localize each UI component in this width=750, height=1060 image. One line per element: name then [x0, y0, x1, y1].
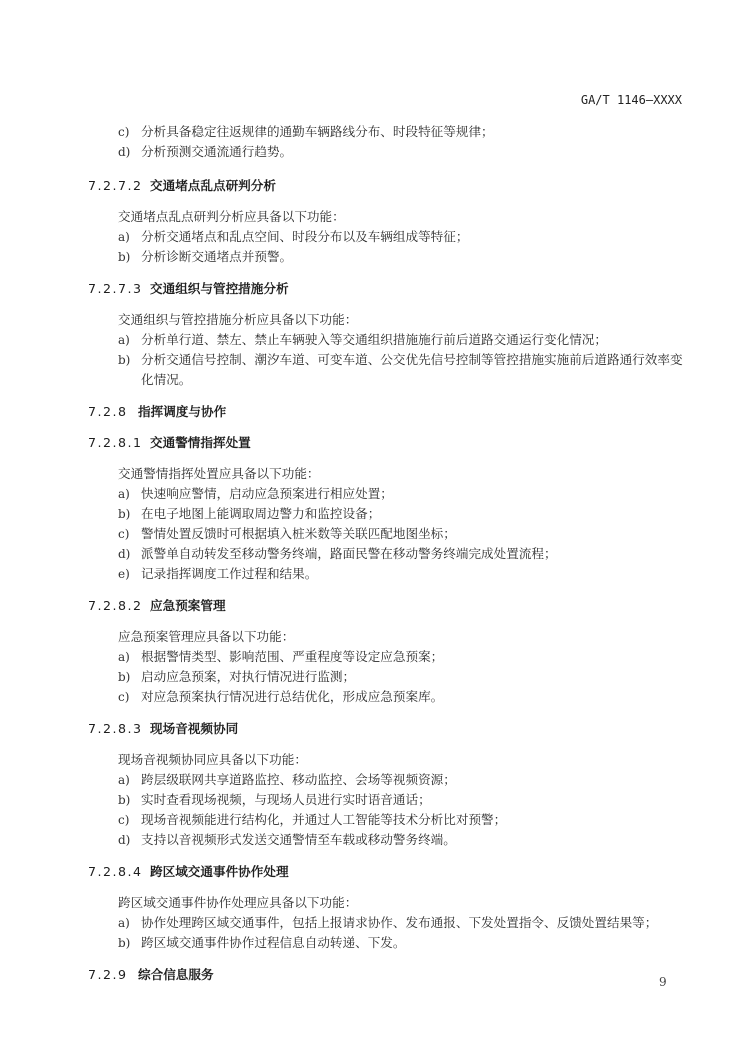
list-text: 实时查看现场视频，与现场人员进行实时语音通话； [141, 790, 688, 810]
section-heading: 7.2.7.3交通组织与管控措施分析 [88, 279, 688, 299]
section-intro: 交通组织与管控措施分析应具备以下功能： [88, 310, 688, 330]
list-text: 启动应急预案，对执行情况进行监测； [141, 667, 688, 687]
document-body: c) 分析具备稳定往返规律的通勤车辆路线分布、时段特征等规律； d) 分析预测交… [88, 122, 688, 996]
section-intro: 现场音视频协同应具备以下功能： [88, 750, 688, 770]
list-text: 对应急预案执行情况进行总结优化，形成应急预案库。 [141, 687, 688, 707]
continued-list: c) 分析具备稳定往返规律的通勤车辆路线分布、时段特征等规律； d) 分析预测交… [88, 122, 688, 162]
section-intro: 应急预案管理应具备以下功能： [88, 627, 688, 647]
list-marker: c) [118, 122, 129, 142]
list-marker: a) [118, 770, 130, 790]
list-marker: b) [118, 933, 130, 953]
page-number: 9 [659, 975, 667, 989]
list-item: d) 支持以音视频形式发送交通警情至车载或移动警务终端。 [88, 830, 688, 850]
section-number: 7.2.8 [88, 402, 138, 422]
section-7-2-9: 7.2.9综合信息服务 [88, 965, 688, 985]
list-item: c) 分析具备稳定往返规律的通勤车辆路线分布、时段特征等规律； [88, 122, 688, 142]
list-marker: a) [118, 227, 130, 247]
list-text: 分析交通堵点和乱点空间、时段分布以及车辆组成等特征； [141, 227, 688, 247]
list-text: 分析具备稳定往返规律的通勤车辆路线分布、时段特征等规律； [141, 122, 688, 142]
list-item: d) 分析预测交通流通行趋势。 [88, 142, 688, 162]
list-text: 记录指挥调度工作过程和结果。 [141, 564, 688, 584]
section-number: 7.2.8.3 [88, 719, 150, 739]
list-text: 分析预测交通流通行趋势。 [141, 142, 688, 162]
list-text: 分析诊断交通堵点并预警。 [141, 247, 688, 267]
section-7-2-8: 7.2.8指挥调度与协作 [88, 402, 688, 422]
list-item: b) 在电子地图上能调取周边警力和监控设备； [88, 504, 688, 524]
list-text: 支持以音视频形式发送交通警情至车载或移动警务终端。 [141, 830, 688, 850]
list-marker: b) [118, 667, 130, 687]
list-marker: c) [118, 524, 129, 544]
section-heading: 7.2.8.2应急预案管理 [88, 596, 688, 616]
list-marker: d) [118, 142, 130, 162]
list-text: 分析交通信号控制、潮汐车道、可变车道、公交优先信号控制等管控措施实施前后道路通行… [141, 350, 688, 390]
section-title: 交通组织与管控措施分析 [150, 281, 289, 296]
list-text: 警情处置反馈时可根据填入桩米数等关联匹配地图坐标； [141, 524, 688, 544]
section-7-2-8-3: 7.2.8.3现场音视频协同 现场音视频协同应具备以下功能： a) 跨层级联网共… [88, 719, 688, 850]
section-7-2-8-1: 7.2.8.1交通警情指挥处置 交通警情指挥处置应具备以下功能： a) 快速响应… [88, 433, 688, 584]
list-item: a) 分析交通堵点和乱点空间、时段分布以及车辆组成等特征； [88, 227, 688, 247]
list-item: b) 实时查看现场视频，与现场人员进行实时语音通话； [88, 790, 688, 810]
list-text: 在电子地图上能调取周边警力和监控设备； [141, 504, 688, 524]
section-title: 现场音视频协同 [150, 721, 238, 736]
section-title: 应急预案管理 [150, 598, 226, 613]
list-marker: b) [118, 504, 130, 524]
section-title: 交通警情指挥处置 [150, 435, 251, 450]
section-heading: 7.2.7.2交通堵点乱点研判分析 [88, 176, 688, 196]
list-item: a) 协作处理跨区域交通事件，包括上报请求协作、发布通报、下发处置指令、反馈处置… [88, 913, 688, 933]
list-marker: a) [118, 913, 130, 933]
document-page: GA/T 1146—XXXX c) 分析具备稳定往返规律的通勤车辆路线分布、时段… [0, 0, 750, 1060]
section-intro: 交通堵点乱点研判分析应具备以下功能： [88, 207, 688, 227]
section-heading: 7.2.8指挥调度与协作 [88, 402, 688, 422]
section-7-2-7-2: 7.2.7.2交通堵点乱点研判分析 交通堵点乱点研判分析应具备以下功能： a) … [88, 176, 688, 267]
list-marker: d) [118, 544, 130, 564]
list-marker: b) [118, 790, 130, 810]
document-code: GA/T 1146—XXXX [581, 93, 682, 107]
section-number: 7.2.8.1 [88, 433, 150, 453]
section-7-2-7-3: 7.2.7.3交通组织与管控措施分析 交通组织与管控措施分析应具备以下功能： a… [88, 279, 688, 390]
list-item: a) 跨层级联网共享道路监控、移动监控、会场等视频资源； [88, 770, 688, 790]
section-title: 综合信息服务 [138, 967, 214, 982]
list-text: 快速响应警情，启动应急预案进行相应处置； [141, 484, 688, 504]
list-item: e) 记录指挥调度工作过程和结果。 [88, 564, 688, 584]
section-number: 7.2.7.3 [88, 279, 150, 299]
list-item: d) 派警单自动转发至移动警务终端，路面民警在移动警务终端完成处置流程； [88, 544, 688, 564]
section-intro: 跨区域交通事件协作处理应具备以下功能： [88, 893, 688, 913]
list-item: a) 分析单行道、禁左、禁止车辆驶入等交通组织措施施行前后道路交通运行变化情况； [88, 330, 688, 350]
list-marker: c) [118, 810, 129, 830]
list-item: b) 分析诊断交通堵点并预警。 [88, 247, 688, 267]
list-item: c) 现场音视频能进行结构化，并通过人工智能等技术分析比对预警； [88, 810, 688, 830]
section-intro: 交通警情指挥处置应具备以下功能： [88, 464, 688, 484]
list-text: 协作处理跨区域交通事件，包括上报请求协作、发布通报、下发处置指令、反馈处置结果等… [141, 913, 688, 933]
list-text: 现场音视频能进行结构化，并通过人工智能等技术分析比对预警； [141, 810, 688, 830]
list-marker: d) [118, 830, 130, 850]
list-item: c) 对应急预案执行情况进行总结优化，形成应急预案库。 [88, 687, 688, 707]
list-item: a) 快速响应警情，启动应急预案进行相应处置； [88, 484, 688, 504]
section-number: 7.2.9 [88, 965, 138, 985]
list-text: 跨层级联网共享道路监控、移动监控、会场等视频资源； [141, 770, 688, 790]
list-text: 根据警情类型、影响范围、严重程度等设定应急预案； [141, 647, 688, 667]
list-marker: a) [118, 330, 130, 350]
list-text: 跨区域交通事件协作过程信息自动转递、下发。 [141, 933, 688, 953]
list-marker: c) [118, 687, 129, 707]
list-marker: b) [118, 350, 130, 370]
section-heading: 7.2.8.1交通警情指挥处置 [88, 433, 688, 453]
section-7-2-8-4: 7.2.8.4跨区域交通事件协作处理 跨区域交通事件协作处理应具备以下功能： a… [88, 862, 688, 953]
list-item: b) 分析交通信号控制、潮汐车道、可变车道、公交优先信号控制等管控措施实施前后道… [88, 350, 688, 390]
section-title: 跨区域交通事件协作处理 [150, 864, 289, 879]
section-heading: 7.2.8.4跨区域交通事件协作处理 [88, 862, 688, 882]
list-marker: e) [118, 564, 130, 584]
list-text: 分析单行道、禁左、禁止车辆驶入等交通组织措施施行前后道路交通运行变化情况； [141, 330, 688, 350]
section-7-2-8-2: 7.2.8.2应急预案管理 应急预案管理应具备以下功能： a) 根据警情类型、影… [88, 596, 688, 707]
list-item: b) 启动应急预案，对执行情况进行监测； [88, 667, 688, 687]
list-marker: b) [118, 247, 130, 267]
section-heading: 7.2.9综合信息服务 [88, 965, 688, 985]
list-item: a) 根据警情类型、影响范围、严重程度等设定应急预案； [88, 647, 688, 667]
list-item: b) 跨区域交通事件协作过程信息自动转递、下发。 [88, 933, 688, 953]
section-title: 指挥调度与协作 [138, 404, 226, 419]
section-number: 7.2.7.2 [88, 176, 150, 196]
list-marker: a) [118, 647, 130, 667]
list-marker: a) [118, 484, 130, 504]
list-text: 派警单自动转发至移动警务终端，路面民警在移动警务终端完成处置流程； [141, 544, 688, 564]
section-number: 7.2.8.2 [88, 596, 150, 616]
section-number: 7.2.8.4 [88, 862, 150, 882]
list-item: c) 警情处置反馈时可根据填入桩米数等关联匹配地图坐标； [88, 524, 688, 544]
section-title: 交通堵点乱点研判分析 [150, 178, 276, 193]
section-heading: 7.2.8.3现场音视频协同 [88, 719, 688, 739]
